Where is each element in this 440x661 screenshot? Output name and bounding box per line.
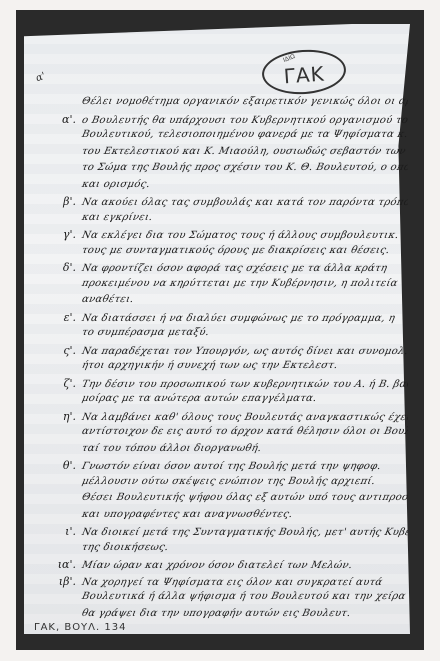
article-number: β'. — [48, 195, 82, 208]
handwritten-text: το συμπέρασμα μεταξύ. — [81, 327, 211, 338]
manuscript-line: τους με συνταγματικούς όρους με διακρίσε… — [48, 245, 408, 262]
manuscript-line: ιβ'.Να χορηγεί τα Ψηφίσματα εις όλον και… — [48, 575, 408, 592]
manuscript-line: αναθέτει. — [48, 294, 408, 311]
manuscript-line: και υπογραφέντες και αναγνωσθέντες. — [48, 509, 408, 526]
article-number: η'. — [48, 410, 82, 423]
article-number: ιβ'. — [48, 575, 82, 588]
handwritten-text: το Σώμα της Βουλής προς σχέσιν του Κ. Θ.… — [81, 162, 408, 173]
handwritten-text: και ορισμός. — [81, 179, 151, 190]
handwritten-text: Να διατάσσει ή να διαλύει συμφώνως με το… — [81, 313, 396, 324]
article-number: ε'. — [48, 311, 82, 324]
handwritten-text: Να χορηγεί τα Ψηφίσματα εις όλον και συγ… — [81, 577, 384, 588]
handwritten-text: προκειμένου να κηρύττεται με την Κυβέρνη… — [81, 278, 399, 289]
article-number: δ'. — [48, 261, 82, 274]
manuscript-line: α'.ο Βουλευτής θα υπάρχουσι του Κυβερνητ… — [48, 113, 408, 130]
article-number: ζ'. — [48, 377, 82, 390]
manuscript-line: ια'.Μίαν ώραν και χρόνον όσον διατελεί τ… — [48, 558, 408, 575]
article-number: θ'. — [48, 459, 82, 472]
handwritten-text: Να παραδέχεται τον Υπουργόν, ως αυτός δί… — [81, 346, 408, 357]
handwritten-text: Να εκλέγει δια του Σώματος τους ή άλλους… — [81, 230, 400, 241]
manuscript-line: της διοικήσεως. — [48, 542, 408, 559]
handwritten-text: τους με συνταγματικούς όρους με διακρίσε… — [81, 245, 391, 256]
manuscript-line: θ'.Γνωστόν είναι όσον αυτοί της Βουλής μ… — [48, 459, 408, 476]
handwritten-text: θα γράψει δια την υπογραφήν αυτών εις Βο… — [81, 608, 352, 619]
manuscript-line: Βουλευτικά ή άλλα ψήφισμα ή του Βουλευτο… — [48, 591, 408, 608]
handwritten-text: Θέλει νομοθέτημα οργανικόν εξαιρετικόν γ… — [81, 96, 408, 107]
article-number: ι'. — [48, 525, 82, 538]
handwritten-text: Γνωστόν είναι όσον αυτοί της Βουλής μετά… — [81, 461, 382, 472]
handwritten-text: Να λαμβάνει καθ' όλους τους Βουλευτάς αν… — [81, 412, 408, 423]
manuscript-line: μοίρας με τα ανώτερα αυτών επαγγέλματα. — [48, 393, 408, 410]
handwritten-text: Την δέσιν του προσωπικού των κυβερνητικώ… — [81, 379, 408, 390]
manuscript-line: γ'.Να εκλέγει δια του Σώματος τους ή άλλ… — [48, 228, 408, 245]
archive-reference-label: ΓΑΚ, ΒΟΥΛ. 134 — [34, 622, 126, 633]
handwritten-text: Μίαν ώραν και χρόνον όσον διατελεί των Μ… — [81, 560, 354, 571]
manuscript-text: Θέλει νομοθέτημα οργανικόν εξαιρετικόν γ… — [48, 96, 408, 624]
article-number: ια'. — [48, 558, 82, 571]
handwritten-text: ήτοι αρχηγικήν ή συνεχή των ως την Εκτελ… — [81, 360, 339, 371]
handwritten-text: Να ακούει όλας τας συμβουλάς και κατά το… — [81, 197, 408, 208]
manuscript-line: το συμπέρασμα μεταξύ. — [48, 327, 408, 344]
manuscript-line: δ'.Να φροντίζει όσον αφορά τας σχέσεις μ… — [48, 261, 408, 278]
manuscript-line: και ορισμός. — [48, 179, 408, 196]
handwritten-text: Βουλευτικά ή άλλα ψήφισμα ή του Βουλευτο… — [81, 591, 407, 602]
manuscript-line: Θέσει Βουλευτικής ψήφου όλας εξ αυτών υπ… — [48, 492, 408, 509]
manuscript-line: η'.Να λαμβάνει καθ' όλους τους Βουλευτάς… — [48, 410, 408, 427]
manuscript-line: και εγκρίνει. — [48, 212, 408, 229]
handwritten-text: και υπογραφέντες και αναγνωσθέντες. — [81, 509, 294, 520]
manuscript-line: ε'.Να διατάσσει ή να διαλύει συμφώνως με… — [48, 311, 408, 328]
handwritten-text: αναθέτει. — [81, 294, 135, 305]
manuscript-line: μέλλουσιν ούτω σκέψεις ενώπιον της Βουλή… — [48, 476, 408, 493]
handwritten-text: της διοικήσεως. — [81, 542, 170, 553]
manuscript-line: ζ'.Την δέσιν του προσωπικού των κυβερνητ… — [48, 377, 408, 394]
handwritten-text: ο Βουλευτής θα υπάρχουσι του Κυβερνητικο… — [81, 115, 408, 126]
article-number: α'. — [48, 113, 82, 126]
handwritten-text: Να φροντίζει όσον αφορά τας σχέσεις με τ… — [81, 263, 388, 274]
handwritten-text: αντίστοιχον δε εις αυτό το άρχον κατά θέ… — [81, 426, 408, 437]
handwritten-text: μέλλουσιν ούτω σκέψεις ενώπιον της Βουλή… — [81, 476, 376, 487]
handwritten-text: και εγκρίνει. — [81, 212, 154, 223]
manuscript-line: Βουλευτικού, τελεσιοποιημένου φανερά με … — [48, 129, 408, 146]
frame-bottom-bar — [16, 636, 424, 650]
handwritten-text: μοίρας με τα ανώτερα αυτών επαγγέλματα. — [81, 393, 318, 404]
handwritten-text: του Εκτελεστικού και Κ. Μιαούλη, ουσιωδώ… — [81, 146, 407, 157]
manuscript-line: προκειμένου να κηρύττεται με την Κυβέρνη… — [48, 278, 408, 295]
handwritten-text: Να διοικεί μετά της Συνταγματικής Βουλής… — [81, 527, 408, 538]
manuscript-line: Θέλει νομοθέτημα οργανικόν εξαιρετικόν γ… — [48, 96, 408, 113]
stamp-main-text: ΓΑΚ — [283, 62, 326, 89]
manuscript-line: ταί του τόπου άλλοι διοργανωθή. — [48, 443, 408, 460]
manuscript-line: αντίστοιχον δε εις αυτό το άρχον κατά θέ… — [48, 426, 408, 443]
manuscript-line: ι'.Να διοικεί μετά της Συνταγματικής Βου… — [48, 525, 408, 542]
article-number: ς'. — [48, 344, 82, 357]
manuscript-line: του Εκτελεστικού και Κ. Μιαούλη, ουσιωδώ… — [48, 146, 408, 163]
handwritten-text: Βουλευτικού, τελεσιοποιημένου φανερά με … — [81, 129, 408, 140]
manuscript-line: β'.Να ακούει όλας τας συμβουλάς και κατά… — [48, 195, 408, 212]
manuscript-line: ήτοι αρχηγικήν ή συνεχή των ως την Εκτελ… — [48, 360, 408, 377]
handwritten-text: Θέσει Βουλευτικής ψήφου όλας εξ αυτών υπ… — [81, 492, 408, 503]
manuscript-line: το Σώμα της Βουλής προς σχέσιν του Κ. Θ.… — [48, 162, 408, 179]
manuscript-line: ς'.Να παραδέχεται τον Υπουργόν, ως αυτός… — [48, 344, 408, 361]
handwritten-text: ταί του τόπου άλλοι διοργανωθή. — [81, 443, 263, 454]
stamp-top-text: ΙΔΙΩ — [282, 53, 296, 64]
article-number: γ'. — [48, 228, 82, 241]
